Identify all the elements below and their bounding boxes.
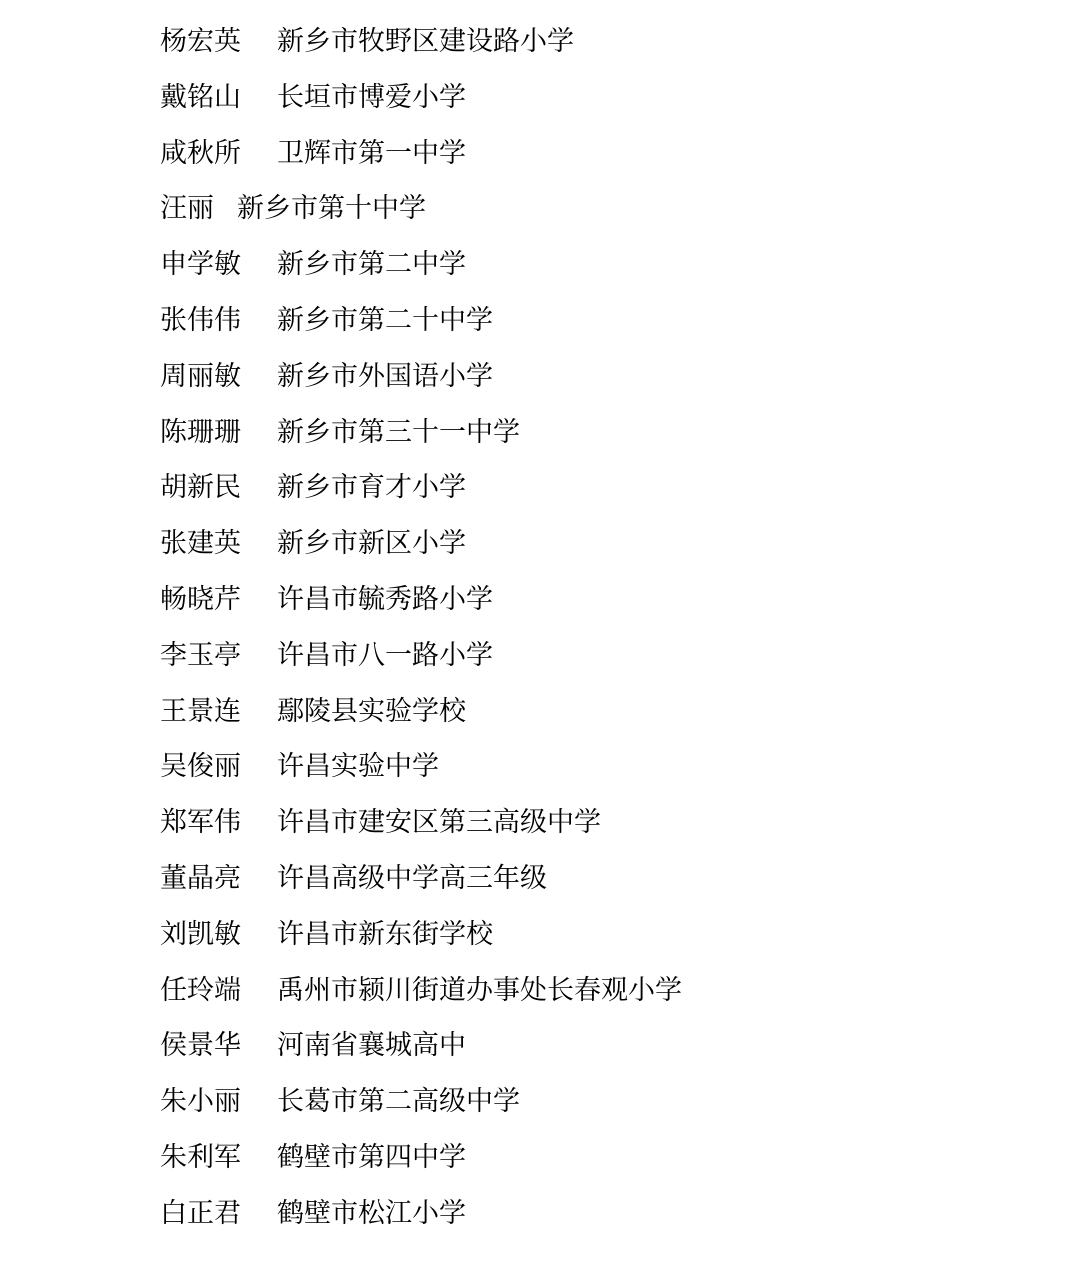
school-name: 禹州市颍川街道办事处长春观小学 [277,976,682,1004]
list-item: 畅晓芹许昌市毓秀路小学 [160,585,682,613]
school-name: 新乡市育才小学 [277,473,466,501]
person-name: 朱利军 [160,1143,241,1171]
list-item: 刘凯敏许昌市新东街学校 [160,920,682,948]
list-item: 侯景华河南省襄城高中 [160,1031,682,1059]
school-name: 长葛市第二高级中学 [277,1087,520,1115]
school-name: 新乡市外国语小学 [277,362,493,390]
person-name: 任玲端 [160,976,241,1004]
list-item: 咸秋所卫辉市第一中学 [160,139,682,167]
name-school-list: 杨宏英新乡市牧野区建设路小学戴铭山长垣市博爱小学咸秋所卫辉市第一中学汪丽新乡市第… [160,27,682,1255]
school-name: 鹤壁市第四中学 [277,1143,466,1171]
school-name: 卫辉市第一中学 [277,139,466,167]
person-name: 刘凯敏 [160,920,241,948]
person-name: 陈珊珊 [160,418,241,446]
list-item: 朱小丽长葛市第二高级中学 [160,1087,682,1115]
person-name: 白正君 [160,1199,241,1227]
list-item: 杨宏英新乡市牧野区建设路小学 [160,27,682,55]
school-name: 长垣市博爱小学 [277,83,466,111]
school-name: 新乡市第二中学 [277,250,466,278]
person-name: 王景连 [160,697,241,725]
person-name: 张建英 [160,529,241,557]
school-name: 许昌市建安区第三高级中学 [277,808,601,836]
person-name: 汪丽 [160,194,214,222]
person-name: 戴铭山 [160,83,241,111]
school-name: 新乡市第三十一中学 [277,418,520,446]
person-name: 郑军伟 [160,808,241,836]
person-name: 杨宏英 [160,27,241,55]
person-name: 申学敏 [160,250,241,278]
person-name: 董晶亮 [160,864,241,892]
list-item: 朱利军鹤壁市第四中学 [160,1143,682,1171]
list-item: 李玉亭许昌市八一路小学 [160,641,682,669]
person-name: 张伟伟 [160,306,241,334]
person-name: 李玉亭 [160,641,241,669]
school-name: 许昌市毓秀路小学 [277,585,493,613]
list-item: 张建英新乡市新区小学 [160,529,682,557]
school-name: 新乡市牧野区建设路小学 [277,27,574,55]
school-name: 许昌市新东街学校 [277,920,493,948]
school-name: 许昌实验中学 [277,752,439,780]
school-name: 新乡市第二十中学 [277,306,493,334]
list-item: 陈珊珊新乡市第三十一中学 [160,418,682,446]
list-item: 周丽敏新乡市外国语小学 [160,362,682,390]
school-name: 许昌高级中学高三年级 [277,864,547,892]
list-item: 郑军伟许昌市建安区第三高级中学 [160,808,682,836]
document-page: 杨宏英新乡市牧野区建设路小学戴铭山长垣市博爱小学咸秋所卫辉市第一中学汪丽新乡市第… [0,0,1080,1277]
list-item: 吴俊丽许昌实验中学 [160,752,682,780]
person-name: 侯景华 [160,1031,241,1059]
list-item: 王景连鄢陵县实验学校 [160,697,682,725]
list-item: 白正君鹤壁市松江小学 [160,1199,682,1227]
person-name: 吴俊丽 [160,752,241,780]
person-name: 咸秋所 [160,139,241,167]
list-item: 申学敏新乡市第二中学 [160,250,682,278]
school-name: 河南省襄城高中 [277,1031,466,1059]
list-item: 董晶亮许昌高级中学高三年级 [160,864,682,892]
person-name: 朱小丽 [160,1087,241,1115]
school-name: 新乡市第十中学 [237,194,426,222]
person-name: 周丽敏 [160,362,241,390]
school-name: 鄢陵县实验学校 [277,697,466,725]
list-item: 张伟伟新乡市第二十中学 [160,306,682,334]
list-item: 任玲端禹州市颍川街道办事处长春观小学 [160,976,682,1004]
school-name: 新乡市新区小学 [277,529,466,557]
school-name: 鹤壁市松江小学 [277,1199,466,1227]
person-name: 畅晓芹 [160,585,241,613]
list-item: 戴铭山长垣市博爱小学 [160,83,682,111]
person-name: 胡新民 [160,473,241,501]
school-name: 许昌市八一路小学 [277,641,493,669]
list-item: 汪丽新乡市第十中学 [160,194,682,222]
list-item: 胡新民新乡市育才小学 [160,473,682,501]
